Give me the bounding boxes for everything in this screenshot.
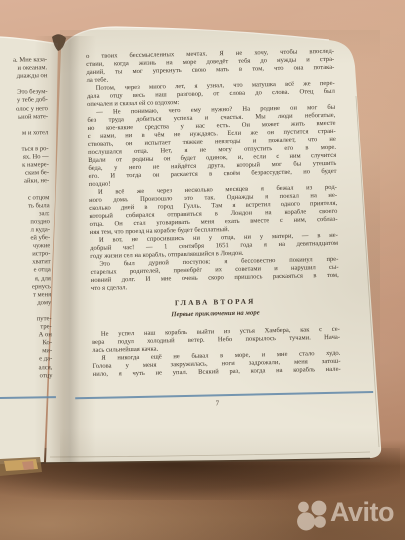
left-page-line-fragment: днажды он bbox=[0, 72, 47, 81]
body-text-after-heading: Не успел наш корабль выйти из устья Хамб… bbox=[92, 326, 341, 379]
left-page-line-fragment: ьной мате- bbox=[1, 113, 48, 122]
photo-open-book: а. Мне каза-и океанам.днажды он Это безу… bbox=[0, 0, 405, 540]
book-cover-edge-pink bbox=[22, 461, 34, 470]
left-page-text: а. Мне каза-и океанам.днажды он Это безу… bbox=[0, 56, 53, 381]
body-text-before-heading: о твоих бессмысленных мечтах. Я не хочу,… bbox=[86, 48, 339, 293]
right-page-text: о твоих бессмысленных мечтах. Я не хочу,… bbox=[86, 48, 342, 418]
left-page-line-fragment: м и хотел bbox=[1, 129, 48, 138]
chapter-subtitle: Первые приключения на море bbox=[91, 308, 339, 321]
left-page-line-fragment: у тебе доб- bbox=[1, 97, 48, 106]
left-page-line-fragment: отцу bbox=[6, 372, 53, 381]
page-number: 7 bbox=[93, 397, 341, 410]
left-page-line-fragment: айки, не- bbox=[2, 178, 49, 187]
